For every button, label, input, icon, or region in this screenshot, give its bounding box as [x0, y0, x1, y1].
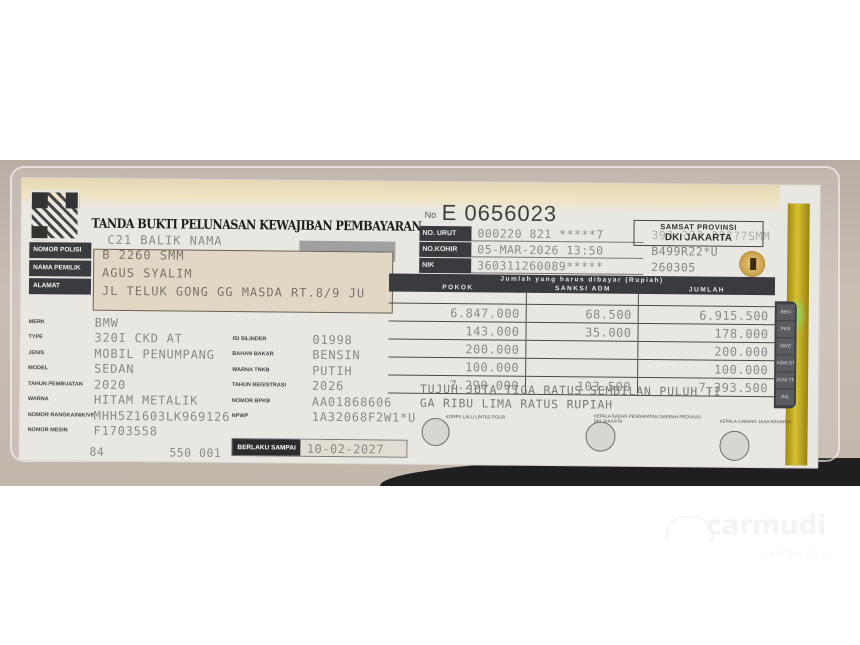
meta-label: NO. URUT: [419, 226, 471, 241]
cell-jumlah: 6.915.500: [639, 306, 775, 324]
vehicle-details-right: ISI SILINDER01998 BAHAN BAKARBENSIN WARN…: [232, 331, 417, 426]
terbilang-line2: GA RIBU LIMA RATUS RUPIAH: [420, 396, 780, 413]
security-band: [22, 178, 780, 213]
valid-until-label: BERLAKU SAMPAI: [232, 439, 301, 456]
cell-jumlah: 200.000: [638, 342, 774, 360]
veh-label: WARNA TNKB: [232, 367, 312, 374]
veh-label: NOMOR BPKB: [232, 398, 312, 405]
meta-value: 000220 821 *****7: [471, 226, 643, 243]
veh-label: TYPE: [28, 334, 94, 341]
veh-label: TAHUN REGISTRASI: [232, 382, 312, 389]
veh-label: NOMOR RANGKA/NIK/VIN: [28, 412, 94, 419]
meta-row-no-kohir: NO.KOHIR 05-MAR-2026 13:50: [419, 242, 643, 259]
cell-sanksi: [526, 341, 638, 359]
tax-table: Jumlah yang harus dibayar (Rupiah) POKOK…: [388, 274, 775, 398]
signature-3: KEPALA CABANG JASA RAHARJA: [720, 419, 800, 425]
tax-receipt-document: TANDA BUKTI PELUNASAN KEWAJIBAN PEMBAYAR…: [19, 178, 820, 468]
samsat-line2: DKI JAKARTA: [634, 232, 762, 245]
meta-row-nik: NIK 360311260089*****: [419, 258, 643, 275]
meta-value: 360311260089*****: [471, 258, 643, 275]
label-nomor-polisi: NOMOR POLISI: [29, 242, 91, 259]
meta-extra-3: 260305: [651, 260, 696, 274]
veh-label: MODEL: [28, 365, 94, 372]
veh-value: HITAM METALIK: [94, 393, 198, 408]
veh-label: NOMOR MESIN: [28, 427, 94, 434]
veh-value: MHH5Z1603LK969126: [94, 408, 231, 423]
veh-label: MERK: [29, 319, 95, 326]
nama-pemilik-value: AGUS SYALIM: [102, 266, 193, 281]
veh-value: F1703558: [94, 424, 158, 439]
watermark-region: INDONESIA: [764, 550, 835, 559]
emblem-icon: [739, 251, 765, 277]
cell-sanksi: 68.500: [527, 305, 639, 323]
signature-1: KORPS LALU LINTAS POLRI: [446, 414, 556, 420]
cell-sanksi: 35.000: [526, 323, 638, 341]
bapenda-stamp-icon: [585, 421, 615, 451]
veh-value: 1A32068F2W1*U: [312, 410, 416, 425]
watermark-brand: carmudi: [706, 510, 826, 541]
veh-value: 2020: [94, 377, 126, 391]
cell-jumlah: 178.000: [638, 324, 774, 342]
cell-sanksi: [526, 359, 638, 377]
qr-code-icon: [29, 190, 79, 240]
veh-label: WARNA: [28, 396, 94, 403]
veh-value: 01998: [312, 333, 352, 347]
meta-value: 05-MAR-2026 13:50: [471, 242, 643, 259]
label-nama-pemilik: NAMA PEMILIK: [29, 260, 91, 277]
samsat-box: SAMSAT PROVINSI DKI JAKARTA: [633, 220, 763, 247]
cell-pokok: 6.847.000: [389, 304, 527, 322]
transaction-code: C21 BALIK NAMA: [107, 233, 222, 248]
veh-label: JENIS: [28, 350, 94, 357]
nomor-polisi-value: B 2260 SMM: [102, 248, 184, 263]
meta-row-no-urut: NO. URUT 000220 821 *****7: [419, 226, 643, 243]
registration-meta: NO. URUT 000220 821 *****7 NO.KOHIR 05-M…: [419, 226, 643, 276]
amount-in-words: TUJUH JUTA TIGA RATUS SEMBILAN PULUH TI …: [420, 382, 780, 413]
cell-jumlah: 100.000: [638, 360, 774, 378]
police-stamp-icon: [421, 418, 449, 446]
label-alamat: ALAMAT: [29, 278, 91, 295]
vehicle-details-left: MERKBMW TYPE320I CKD AT JENISMOBIL PENUM…: [28, 314, 232, 440]
veh-label: ISI SILINDER: [232, 336, 312, 343]
row-label: BBN: [777, 304, 795, 320]
bottom-code-a: 84: [89, 445, 104, 459]
veh-value: BMW: [95, 315, 119, 329]
serial-label: No: [425, 210, 437, 220]
veh-value: AA01868606: [312, 395, 392, 410]
row-label: PKB: [777, 321, 795, 337]
serial-number: E 0656023: [442, 200, 558, 227]
bottom-code-b: 550 001: [169, 445, 221, 459]
signature-2: KEPALA BADAN PENDAPATAN DAERAH PROVINSI …: [594, 413, 704, 424]
veh-label: TAHUN PEMBUATAN: [28, 381, 94, 388]
veh-value: MOBIL PENUMPANG: [94, 346, 215, 361]
veh-value: 2026: [312, 379, 344, 393]
jasa-raharja-stamp-icon: [719, 431, 749, 461]
veh-label: NPWP: [232, 413, 312, 420]
owner-labels: NOMOR POLISI NAMA PEMILIK ALAMAT: [29, 242, 92, 297]
veh-value: SEDAN: [94, 362, 134, 376]
row-label: SWD: [776, 338, 794, 354]
meta-label: NIK: [419, 258, 471, 273]
veh-value: PUTIH: [312, 364, 352, 378]
alamat-value: JL TELUK GONG GG MASDA RT.8/9 JU: [102, 284, 365, 301]
veh-value: 320I CKD AT: [94, 331, 182, 346]
veh-label: BAHAN BAKAR: [232, 351, 312, 358]
row-label: ADM.STNK: [776, 355, 794, 371]
document-title: TANDA BUKTI PELUNASAN KEWAJIBAN PEMBAYAR…: [91, 217, 421, 235]
veh-value: BENSIN: [312, 348, 360, 362]
valid-until: BERLAKU SAMPAI 10-02-2027: [231, 438, 408, 458]
owner-box: B 2260 SMM AGUS SYALIM JL TELUK GONG GG …: [93, 249, 394, 314]
valid-until-date: 10-02-2027: [301, 440, 407, 457]
meta-label: NO.KOHIR: [419, 242, 471, 257]
